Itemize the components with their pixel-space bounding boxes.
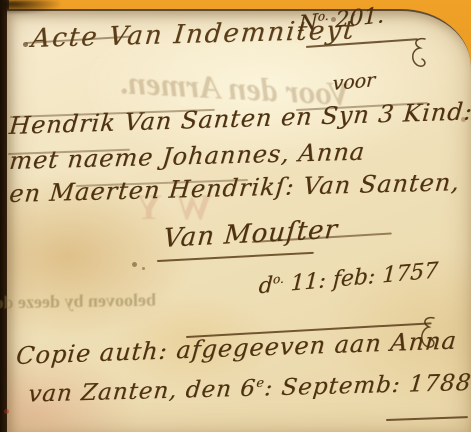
- doc-number-superscript: o.: [318, 9, 329, 24]
- doc-number-prefix: N: [298, 10, 318, 37]
- paper-edge-smudge: [0, 0, 60, 14]
- photograph-background: Voor den Armen. WY belooven by deeze de …: [0, 0, 471, 432]
- doc-number-value: 201.: [335, 3, 385, 33]
- for-word: voor: [332, 69, 376, 95]
- ink-specks: [0, 0, 3, 3]
- bleedthrough-printed-line: belooven by deeze de: [6, 290, 156, 314]
- annotation-rest: : Septemb: 1788.: [263, 370, 471, 402]
- date-prefix: d: [258, 273, 273, 299]
- paraph-flourish-icon: [408, 36, 432, 72]
- date-superscript: o.: [273, 272, 285, 287]
